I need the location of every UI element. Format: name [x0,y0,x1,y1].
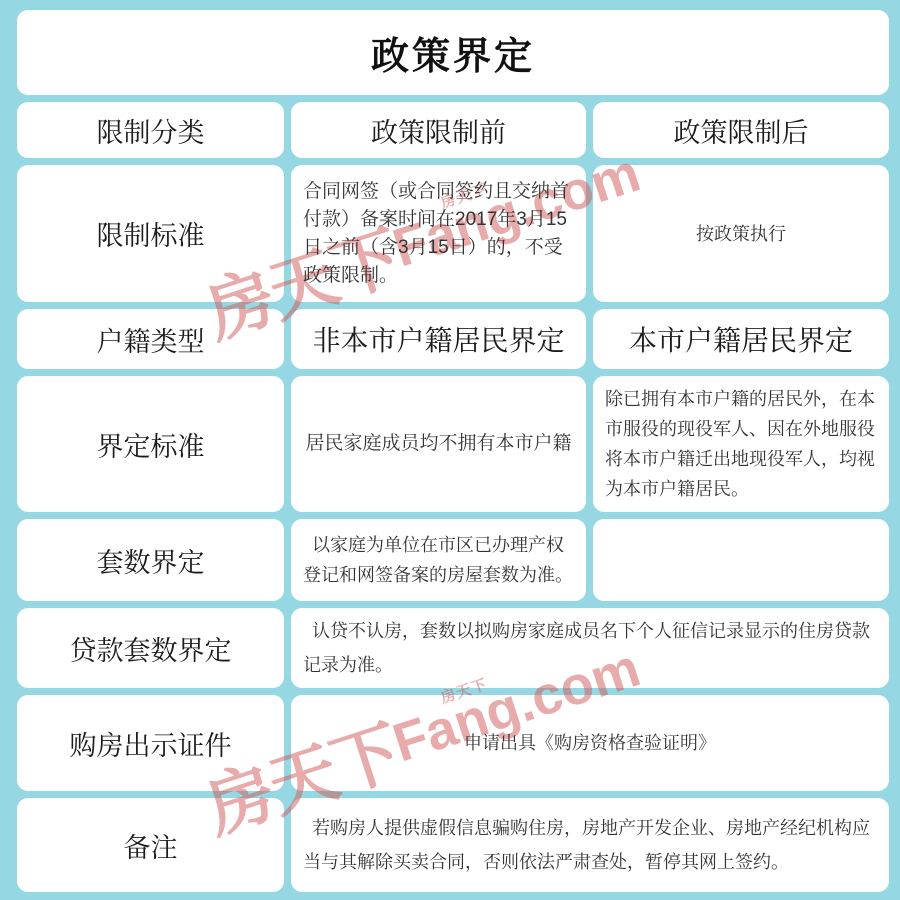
row-restriction-before: 合同网签（或合同签约且交纳首付款）备案时间在2017年3月15日之前（含3月15… [291,165,586,302]
row-label: 贷款套数界定 [70,629,232,668]
cell-text: 申请出具《购房资格查验证明》 [464,728,716,758]
row-definition-before: 居民家庭成员均不拥有本市户籍 [291,376,586,512]
cell-text: 若购房人提供虚假信息骗购住房，房地产开发企业、房地产经纪机构应当与其解除买卖合同… [303,811,877,879]
header-label: 政策限制前 [371,111,506,150]
header-before-policy: 政策限制前 [291,102,586,158]
row-label: 购房出示证件 [70,724,232,763]
row-unit-count-after-empty [593,519,889,601]
policy-table: 政策界定 限制分类 政策限制前 政策限制后 限制标准 合同网签（或合同签约且交纳… [0,0,900,900]
row-restriction-label: 限制标准 [17,165,284,302]
policy-definition-infographic: 政策界定 限制分类 政策限制前 政策限制后 限制标准 合同网签（或合同签约且交纳… [0,0,900,900]
header-after-policy: 政策限制后 [593,102,889,158]
row-unit-count-label: 套数界定 [17,519,284,601]
header-label: 限制分类 [97,111,205,150]
row-definition-after: 除已拥有本市户籍的居民外，在本市服役的现役军人、因在外地服役将本市户籍迁出地现役… [593,376,889,512]
cell-text: 非本市户籍居民界定 [312,319,564,359]
cell-text: 以家庭为单位在市区已办理产权登记和网签备案的房屋套数为准。 [303,530,574,590]
row-label: 备注 [124,826,178,865]
row-documents-value: 申请出具《购房资格查验证明》 [291,695,889,791]
cell-text: 居民家庭成员均不拥有本市户籍 [305,430,571,458]
row-label: 界定标准 [97,425,205,464]
row-hukou-type-label: 户籍类型 [17,309,284,369]
cell-text: 按政策执行 [696,220,786,248]
row-loan-count-value: 认贷不认房，套数以拟购房家庭成员名下个人征信记录显示的住房贷款记录为准。 [291,608,889,688]
row-hukou-type-before: 非本市户籍居民界定 [291,309,586,369]
row-label: 限制标准 [97,214,205,253]
row-hukou-type-after: 本市户籍居民界定 [593,309,889,369]
page-title: 政策界定 [371,25,535,80]
cell-text: 认贷不认房，套数以拟购房家庭成员名下个人征信记录显示的住房贷款记录为准。 [303,614,877,682]
row-label: 套数界定 [97,541,205,580]
row-definition-label: 界定标准 [17,376,284,512]
cell-text: 合同网签（或合同签约且交纳首付款）备案时间在2017年3月15日之前（含3月15… [303,178,574,290]
row-documents-label: 购房出示证件 [17,695,284,791]
row-remarks-value: 若购房人提供虚假信息骗购住房，房地产开发企业、房地产经纪机构应当与其解除买卖合同… [291,798,889,892]
table-title-cell: 政策界定 [17,10,889,95]
row-label: 户籍类型 [97,320,205,359]
row-unit-count-before: 以家庭为单位在市区已办理产权登记和网签备案的房屋套数为准。 [291,519,586,601]
header-restriction-category: 限制分类 [17,102,284,158]
cell-text: 除已拥有本市户籍的居民外，在本市服役的现役军人、因在外地服役将本市户籍迁出地现役… [605,384,877,504]
row-loan-count-label: 贷款套数界定 [17,608,284,688]
row-restriction-after: 按政策执行 [593,165,889,302]
header-label: 政策限制后 [674,111,809,150]
row-remarks-label: 备注 [17,798,284,892]
cell-text: 本市户籍居民界定 [629,319,853,359]
